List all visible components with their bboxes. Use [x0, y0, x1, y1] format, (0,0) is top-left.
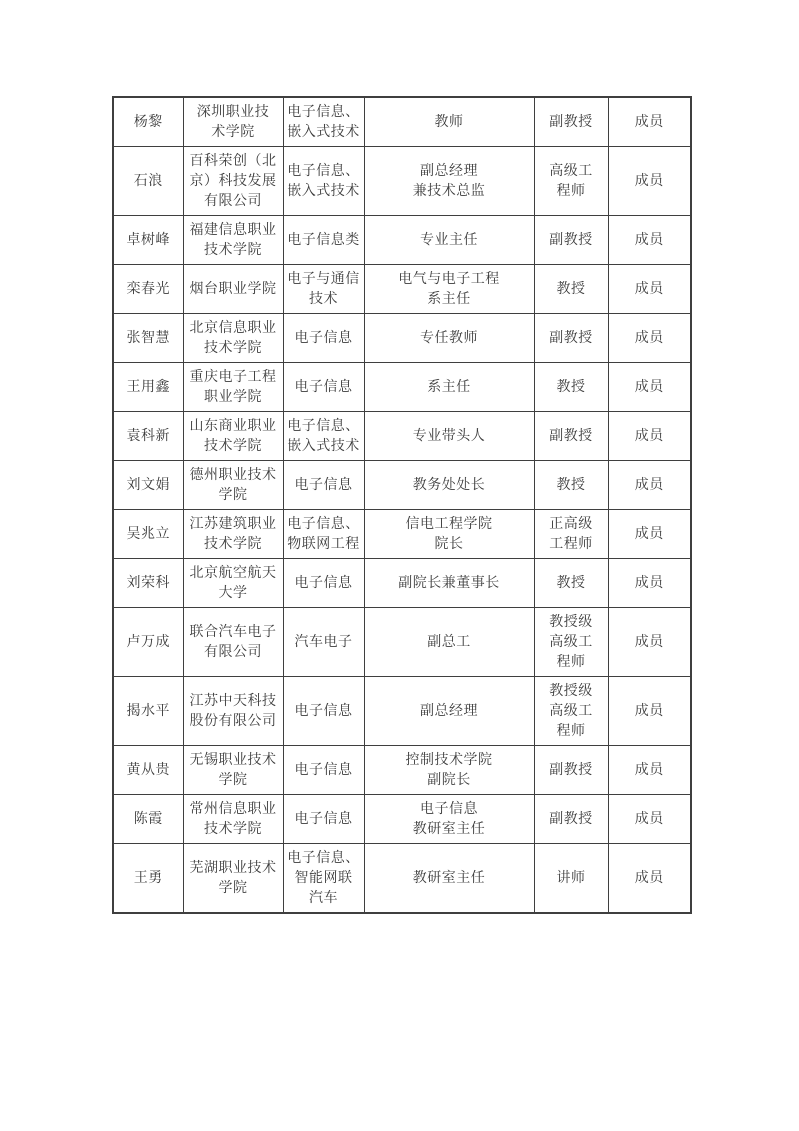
cell-role: 成员	[608, 97, 691, 147]
cell-field: 电子信息	[283, 461, 364, 510]
table-row: 袁科新 山东商业职业 技术学院 电子信息、 嵌入式技术 专业带头人 副教授 成员	[113, 412, 691, 461]
table-row: 杨黎 深圳职业技 术学院 电子信息、 嵌入式技术 教师 副教授 成员	[113, 97, 691, 147]
cell-organization: 德州职业技术 学院	[183, 461, 283, 510]
cell-name: 卓树峰	[113, 216, 183, 265]
cell-position: 系主任	[364, 363, 534, 412]
cell-position: 副院长兼董事长	[364, 559, 534, 608]
cell-name: 刘荣科	[113, 559, 183, 608]
cell-role: 成员	[608, 363, 691, 412]
cell-role: 成员	[608, 795, 691, 844]
table-row: 王用鑫 重庆电子工程 职业学院 电子信息 系主任 教授 成员	[113, 363, 691, 412]
table-row: 卢万成 联合汽车电子 有限公司 汽车电子 副总工 教授级 高级工 程师 成员	[113, 608, 691, 677]
cell-role: 成员	[608, 559, 691, 608]
cell-title: 副教授	[534, 314, 608, 363]
table-row: 陈霞 常州信息职业 技术学院 电子信息 电子信息 教研室主任 副教授 成员	[113, 795, 691, 844]
cell-field: 电子信息	[283, 314, 364, 363]
table-row: 张智慧 北京信息职业 技术学院 电子信息 专任教师 副教授 成员	[113, 314, 691, 363]
table-row: 卓树峰 福建信息职业 技术学院 电子信息类 专业主任 副教授 成员	[113, 216, 691, 265]
cell-title: 教授	[534, 363, 608, 412]
cell-role: 成员	[608, 844, 691, 914]
cell-title: 教授	[534, 461, 608, 510]
cell-title: 教授级 高级工 程师	[534, 608, 608, 677]
cell-organization: 无锡职业技术 学院	[183, 746, 283, 795]
cell-field: 电子信息	[283, 795, 364, 844]
cell-organization: 常州信息职业 技术学院	[183, 795, 283, 844]
cell-name: 王用鑫	[113, 363, 183, 412]
cell-field: 电子信息、 嵌入式技术	[283, 147, 364, 216]
table-row: 栾春光 烟台职业学院 电子与通信 技术 电气与电子工程 系主任 教授 成员	[113, 265, 691, 314]
cell-title: 正高级 工程师	[534, 510, 608, 559]
cell-position: 专业主任	[364, 216, 534, 265]
cell-organization: 芜湖职业技术 学院	[183, 844, 283, 914]
cell-name: 张智慧	[113, 314, 183, 363]
cell-field: 电子信息、 物联网工程	[283, 510, 364, 559]
cell-name: 卢万成	[113, 608, 183, 677]
cell-organization: 深圳职业技 术学院	[183, 97, 283, 147]
document-page: 杨黎 深圳职业技 术学院 电子信息、 嵌入式技术 教师 副教授 成员 石浪 百科…	[0, 0, 799, 1131]
cell-field: 电子与通信 技术	[283, 265, 364, 314]
cell-field: 电子信息	[283, 559, 364, 608]
cell-field: 电子信息、 嵌入式技术	[283, 412, 364, 461]
table-row: 石浪 百科荣创（北 京）科技发展 有限公司 电子信息、 嵌入式技术 副总经理 兼…	[113, 147, 691, 216]
cell-position: 副总经理	[364, 677, 534, 746]
cell-name: 刘文娟	[113, 461, 183, 510]
cell-organization: 江苏中天科技 股份有限公司	[183, 677, 283, 746]
cell-organization: 山东商业职业 技术学院	[183, 412, 283, 461]
table-row: 吴兆立 江苏建筑职业 技术学院 电子信息、 物联网工程 信电工程学院 院长 正高…	[113, 510, 691, 559]
cell-field: 电子信息、 智能网联 汽车	[283, 844, 364, 914]
cell-title: 副教授	[534, 97, 608, 147]
cell-position: 教务处处长	[364, 461, 534, 510]
cell-title: 副教授	[534, 412, 608, 461]
cell-role: 成员	[608, 608, 691, 677]
cell-title: 副教授	[534, 795, 608, 844]
cell-name: 揭水平	[113, 677, 183, 746]
cell-role: 成员	[608, 677, 691, 746]
cell-organization: 北京航空航天 大学	[183, 559, 283, 608]
cell-position: 教研室主任	[364, 844, 534, 914]
cell-name: 黄从贵	[113, 746, 183, 795]
cell-role: 成员	[608, 147, 691, 216]
cell-role: 成员	[608, 510, 691, 559]
cell-field: 汽车电子	[283, 608, 364, 677]
cell-position: 专业带头人	[364, 412, 534, 461]
cell-title: 讲师	[534, 844, 608, 914]
cell-name: 王勇	[113, 844, 183, 914]
cell-organization: 烟台职业学院	[183, 265, 283, 314]
cell-name: 栾春光	[113, 265, 183, 314]
cell-name: 陈霞	[113, 795, 183, 844]
cell-organization: 福建信息职业 技术学院	[183, 216, 283, 265]
cell-organization: 北京信息职业 技术学院	[183, 314, 283, 363]
cell-organization: 百科荣创（北 京）科技发展 有限公司	[183, 147, 283, 216]
cell-name: 石浪	[113, 147, 183, 216]
cell-position: 电子信息 教研室主任	[364, 795, 534, 844]
cell-role: 成员	[608, 265, 691, 314]
cell-role: 成员	[608, 746, 691, 795]
cell-title: 副教授	[534, 746, 608, 795]
cell-position: 教师	[364, 97, 534, 147]
cell-name: 袁科新	[113, 412, 183, 461]
cell-field: 电子信息	[283, 363, 364, 412]
cell-title: 副教授	[534, 216, 608, 265]
cell-position: 专任教师	[364, 314, 534, 363]
cell-position: 控制技术学院 副院长	[364, 746, 534, 795]
cell-position: 副总工	[364, 608, 534, 677]
cell-role: 成员	[608, 412, 691, 461]
cell-field: 电子信息、 嵌入式技术	[283, 97, 364, 147]
cell-name: 杨黎	[113, 97, 183, 147]
table-row: 王勇 芜湖职业技术 学院 电子信息、 智能网联 汽车 教研室主任 讲师 成员	[113, 844, 691, 914]
cell-field: 电子信息	[283, 746, 364, 795]
cell-title: 教授级 高级工 程师	[534, 677, 608, 746]
cell-field: 电子信息类	[283, 216, 364, 265]
cell-organization: 江苏建筑职业 技术学院	[183, 510, 283, 559]
cell-role: 成员	[608, 216, 691, 265]
table-row: 揭水平 江苏中天科技 股份有限公司 电子信息 副总经理 教授级 高级工 程师 成…	[113, 677, 691, 746]
cell-title: 教授	[534, 559, 608, 608]
member-table: 杨黎 深圳职业技 术学院 电子信息、 嵌入式技术 教师 副教授 成员 石浪 百科…	[112, 96, 692, 914]
table-row: 刘荣科 北京航空航天 大学 电子信息 副院长兼董事长 教授 成员	[113, 559, 691, 608]
cell-name: 吴兆立	[113, 510, 183, 559]
cell-field: 电子信息	[283, 677, 364, 746]
table-row: 黄从贵 无锡职业技术 学院 电子信息 控制技术学院 副院长 副教授 成员	[113, 746, 691, 795]
cell-role: 成员	[608, 461, 691, 510]
cell-organization: 重庆电子工程 职业学院	[183, 363, 283, 412]
cell-role: 成员	[608, 314, 691, 363]
table-row: 刘文娟 德州职业技术 学院 电子信息 教务处处长 教授 成员	[113, 461, 691, 510]
cell-title: 高级工 程师	[534, 147, 608, 216]
cell-organization: 联合汽车电子 有限公司	[183, 608, 283, 677]
cell-position: 副总经理 兼技术总监	[364, 147, 534, 216]
cell-position: 信电工程学院 院长	[364, 510, 534, 559]
cell-title: 教授	[534, 265, 608, 314]
cell-position: 电气与电子工程 系主任	[364, 265, 534, 314]
member-table-body: 杨黎 深圳职业技 术学院 电子信息、 嵌入式技术 教师 副教授 成员 石浪 百科…	[113, 97, 691, 913]
